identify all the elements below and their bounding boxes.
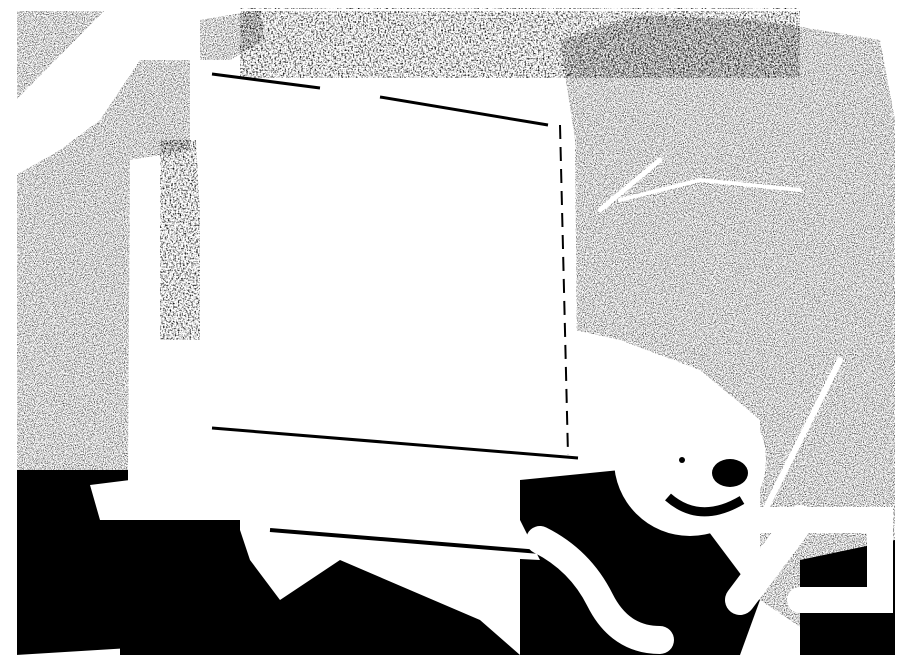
rectangular-box <box>192 70 578 458</box>
round-pulley <box>614 384 766 536</box>
photograph <box>0 0 912 666</box>
